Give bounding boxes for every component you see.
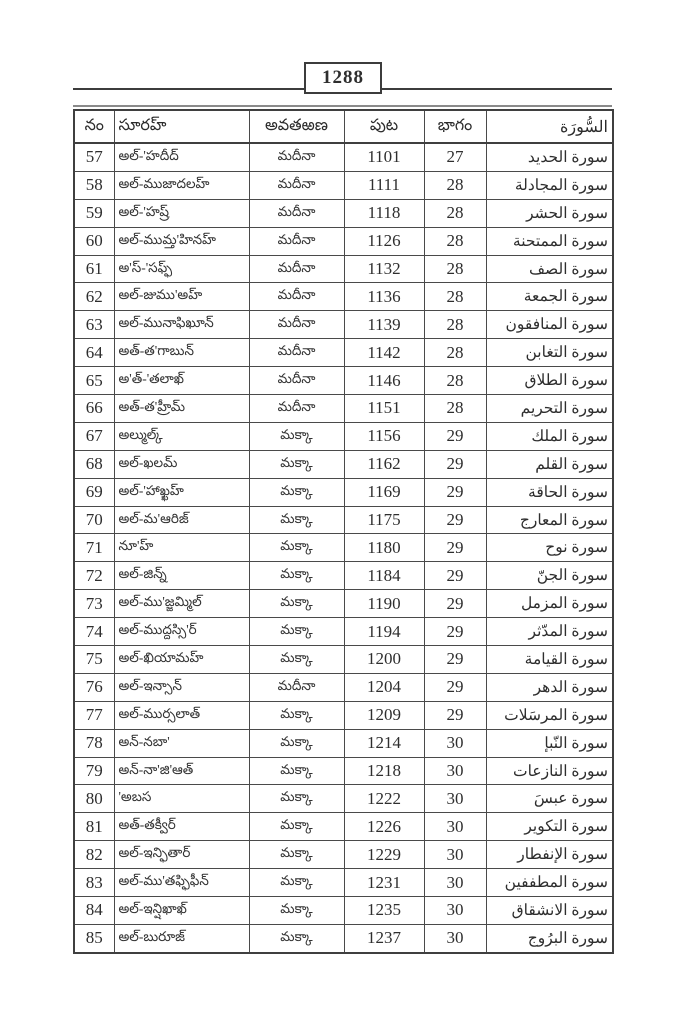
- cell-part: 28: [424, 227, 486, 255]
- cell-part: 28: [424, 367, 486, 395]
- cell-revelation: మక్కా: [249, 813, 344, 841]
- cell-surah-arabic: سورة الحشر: [486, 199, 613, 227]
- table-row: 79 అన్-నా'జి'ఆత్ మక్కా 1218 30 سورة النا…: [74, 757, 613, 785]
- cell-revelation: మదీనా: [249, 339, 344, 367]
- header-page: పుట: [344, 110, 424, 143]
- table-row: 59 అల్-'హష్ర్ మదీనా 1118 28 سورة الحشر: [74, 199, 613, 227]
- table-row: 63 అల్-మునాఫిఖూన్ మదీనా 1139 28 سورة الم…: [74, 311, 613, 339]
- cell-revelation: మక్కా: [249, 729, 344, 757]
- cell-number: 64: [74, 339, 114, 367]
- table-header: నం సూరహ్ అవతఱణ పుట భాగం السُّورَة: [74, 110, 613, 143]
- table-row: 72 అల్-జిన్న్ మక్కా 1184 29 سورة الجنّ: [74, 562, 613, 590]
- cell-surah-arabic: سورة الصف: [486, 255, 613, 283]
- table-row: 75 అల్-ఖియామహ్ మక్కా 1200 29 سورة القيام…: [74, 646, 613, 674]
- cell-number: 67: [74, 422, 114, 450]
- cell-part: 30: [424, 729, 486, 757]
- cell-surah-arabic: سورة الإنفطار: [486, 841, 613, 869]
- cell-page: 1190: [344, 590, 424, 618]
- cell-part: 30: [424, 924, 486, 952]
- cell-surah-arabic: سورة الجمعة: [486, 283, 613, 311]
- cell-surah-arabic: سورة الملك: [486, 422, 613, 450]
- cell-page: 1175: [344, 506, 424, 534]
- cell-page: 1231: [344, 869, 424, 897]
- cell-revelation: మదీనా: [249, 673, 344, 701]
- cell-part: 29: [424, 618, 486, 646]
- table-row: 57 అల్-'హదీద్ మదీనా 1101 27 سورة الحديد: [74, 143, 613, 171]
- cell-part: 30: [424, 813, 486, 841]
- cell-surah-telugu: అల్-'హష్ర్: [114, 199, 249, 227]
- cell-surah-arabic: سورة المزمل: [486, 590, 613, 618]
- cell-number: 65: [74, 367, 114, 395]
- cell-surah-telugu: అల్-'హదీద్: [114, 143, 249, 171]
- cell-surah-arabic: سورة الممتحنة: [486, 227, 613, 255]
- cell-number: 85: [74, 924, 114, 952]
- cell-surah-telugu: అల్-ఖలమ్: [114, 450, 249, 478]
- cell-surah-arabic: سورة النازعات: [486, 757, 613, 785]
- cell-part: 30: [424, 785, 486, 813]
- table-row: 73 అల్-ము'జ్జమ్మిల్ మక్కా 1190 29 سورة ا…: [74, 590, 613, 618]
- cell-number: 73: [74, 590, 114, 618]
- cell-surah-telugu: అన్-నబా': [114, 729, 249, 757]
- cell-number: 69: [74, 478, 114, 506]
- table-row: 67 అల్ముల్క్ మక్కా 1156 29 سورة الملك: [74, 422, 613, 450]
- cell-revelation: మక్కా: [249, 924, 344, 952]
- cell-number: 58: [74, 171, 114, 199]
- table-row: 83 అల్-ము'తఫ్ఫిఫీన్ మక్కా 1231 30 سورة ا…: [74, 869, 613, 897]
- header-number: నం: [74, 110, 114, 143]
- cell-surah-telugu: నూ'హ్: [114, 534, 249, 562]
- cell-surah-telugu: అల్-ముమ్త'హినహ్: [114, 227, 249, 255]
- table-row: 82 అల్-ఇన్ఫితార్ మక్కా 1229 30 سورة الإن…: [74, 841, 613, 869]
- cell-revelation: మక్కా: [249, 478, 344, 506]
- cell-surah-arabic: سورة نوح: [486, 534, 613, 562]
- cell-page: 1218: [344, 757, 424, 785]
- cell-page: 1237: [344, 924, 424, 952]
- cell-surah-telugu: అల్-ము'తఫ్ఫిఫీన్: [114, 869, 249, 897]
- table-row: 74 అల్-ముద్దస్సి'ర్ మక్కా 1194 29 سورة ا…: [74, 618, 613, 646]
- cell-surah-telugu: అ'స్-'సఫ్ఫ్: [114, 255, 249, 283]
- cell-surah-telugu: అత్-త'గాబున్: [114, 339, 249, 367]
- table-row: 71 నూ'హ్ మక్కా 1180 29 سورة نوح: [74, 534, 613, 562]
- cell-number: 84: [74, 897, 114, 925]
- cell-page: 1126: [344, 227, 424, 255]
- cell-part: 28: [424, 171, 486, 199]
- cell-surah-telugu: అల్-మునాఫిఖూన్: [114, 311, 249, 339]
- cell-revelation: మదీనా: [249, 367, 344, 395]
- cell-page: 1169: [344, 478, 424, 506]
- cell-part: 29: [424, 450, 486, 478]
- table-row: 69 అల్-'హాఖ్ఖహ్ మక్కా 1169 29 سورة الحاق…: [74, 478, 613, 506]
- cell-surah-telugu: అల్-జిన్న్: [114, 562, 249, 590]
- cell-page: 1101: [344, 143, 424, 171]
- cell-part: 30: [424, 897, 486, 925]
- table-row: 85 అల్-బురూజ్ మక్కా 1237 30 سورة البرُوج: [74, 924, 613, 952]
- cell-part: 30: [424, 757, 486, 785]
- cell-revelation: మదీనా: [249, 311, 344, 339]
- cell-part: 28: [424, 255, 486, 283]
- table-row: 58 అల్-ముజాదలహ్ మదీనా 1111 28 سورة المجا…: [74, 171, 613, 199]
- cell-surah-telugu: అన్-నా'జి'ఆత్: [114, 757, 249, 785]
- cell-page: 1151: [344, 395, 424, 423]
- cell-page: 1204: [344, 673, 424, 701]
- cell-number: 68: [74, 450, 114, 478]
- cell-number: 75: [74, 646, 114, 674]
- cell-part: 29: [424, 422, 486, 450]
- cell-surah-telugu: అల్-ముర్సలాత్: [114, 701, 249, 729]
- cell-revelation: మక్కా: [249, 450, 344, 478]
- cell-revelation: మక్కా: [249, 618, 344, 646]
- cell-revelation: మక్కా: [249, 534, 344, 562]
- cell-part: 29: [424, 646, 486, 674]
- page-number: 1288: [322, 67, 364, 89]
- cell-revelation: మక్కా: [249, 422, 344, 450]
- cell-number: 66: [74, 395, 114, 423]
- cell-surah-telugu: అత్-త'హ్రీమ్: [114, 395, 249, 423]
- cell-surah-telugu: అ'త్-'తలాఖ్: [114, 367, 249, 395]
- cell-number: 60: [74, 227, 114, 255]
- header-surah-telugu: సూరహ్: [114, 110, 249, 143]
- cell-revelation: మదీనా: [249, 255, 344, 283]
- cell-page: 1194: [344, 618, 424, 646]
- cell-revelation: మక్కా: [249, 562, 344, 590]
- cell-surah-arabic: سورة النّبإ: [486, 729, 613, 757]
- cell-surah-telugu: అల్-బురూజ్: [114, 924, 249, 952]
- cell-page: 1111: [344, 171, 424, 199]
- cell-revelation: మక్కా: [249, 646, 344, 674]
- cell-number: 59: [74, 199, 114, 227]
- table-row: 76 అల్-ఇన్సాన్ మదీనా 1204 29 سورة الدهر: [74, 673, 613, 701]
- cell-revelation: మదీనా: [249, 227, 344, 255]
- table-header-row: నం సూరహ్ అవతఱణ పుట భాగం السُّورَة: [74, 110, 613, 143]
- page-number-box: 1288: [304, 62, 382, 94]
- cell-part: 30: [424, 841, 486, 869]
- cell-surah-arabic: سورة التحريم: [486, 395, 613, 423]
- cell-surah-telugu: అల్-ఇన్షిఖాఖ్: [114, 897, 249, 925]
- cell-number: 70: [74, 506, 114, 534]
- cell-number: 78: [74, 729, 114, 757]
- cell-page: 1229: [344, 841, 424, 869]
- cell-number: 62: [74, 283, 114, 311]
- cell-page: 1226: [344, 813, 424, 841]
- cell-page: 1209: [344, 701, 424, 729]
- table-row: 81 అత్-తక్వీర్ మక్కా 1226 30 سورة التكوي…: [74, 813, 613, 841]
- cell-surah-arabic: سورة المنافقون: [486, 311, 613, 339]
- scanned-book-page: { "page": { "number": "1288" }, "table":…: [0, 0, 682, 1024]
- cell-surah-arabic: سورة البرُوج: [486, 924, 613, 952]
- cell-surah-arabic: سورة الطلاق: [486, 367, 613, 395]
- cell-page: 1235: [344, 897, 424, 925]
- table-row: 66 అత్-త'హ్రీమ్ మదీనా 1151 28 سورة التحر…: [74, 395, 613, 423]
- cell-surah-telugu: అల్-ముద్దస్సి'ర్: [114, 618, 249, 646]
- cell-surah-telugu: అత్-తక్వీర్: [114, 813, 249, 841]
- cell-surah-arabic: سورة المجادلة: [486, 171, 613, 199]
- cell-surah-telugu: అల్ముల్క్: [114, 422, 249, 450]
- cell-number: 81: [74, 813, 114, 841]
- cell-surah-arabic: سورة المدّثر: [486, 618, 613, 646]
- cell-number: 80: [74, 785, 114, 813]
- cell-revelation: మదీనా: [249, 283, 344, 311]
- cell-page: 1214: [344, 729, 424, 757]
- cell-number: 82: [74, 841, 114, 869]
- cell-part: 29: [424, 506, 486, 534]
- cell-part: 29: [424, 673, 486, 701]
- cell-surah-arabic: سورة الحديد: [486, 143, 613, 171]
- cell-part: 28: [424, 339, 486, 367]
- cell-page: 1142: [344, 339, 424, 367]
- cell-part: 29: [424, 701, 486, 729]
- cell-part: 27: [424, 143, 486, 171]
- cell-surah-arabic: سورة المرسَلات: [486, 701, 613, 729]
- cell-surah-arabic: سورة الانشقاق: [486, 897, 613, 925]
- cell-page: 1222: [344, 785, 424, 813]
- cell-surah-telugu: అల్-మ'ఆరిజ్: [114, 506, 249, 534]
- cell-page: 1184: [344, 562, 424, 590]
- cell-surah-arabic: سورة الحاقة: [486, 478, 613, 506]
- cell-page: 1200: [344, 646, 424, 674]
- cell-revelation: మక్కా: [249, 869, 344, 897]
- table-row: 84 అల్-ఇన్షిఖాఖ్ మక్కా 1235 30 سورة الان…: [74, 897, 613, 925]
- cell-part: 28: [424, 199, 486, 227]
- header-part: భాగం: [424, 110, 486, 143]
- cell-surah-arabic: سورة التغابن: [486, 339, 613, 367]
- table-top-double-line: [73, 105, 612, 107]
- cell-page: 1180: [344, 534, 424, 562]
- header-revelation: అవతఱణ: [249, 110, 344, 143]
- cell-page: 1139: [344, 311, 424, 339]
- table-row: 77 అల్-ముర్సలాత్ మక్కా 1209 29 سورة المر…: [74, 701, 613, 729]
- header-surah-arabic: السُّورَة: [486, 110, 613, 143]
- cell-surah-telugu: అల్-'హాఖ్ఖహ్: [114, 478, 249, 506]
- cell-surah-telugu: అల్-ఇన్ఫితార్: [114, 841, 249, 869]
- cell-page: 1162: [344, 450, 424, 478]
- cell-number: 72: [74, 562, 114, 590]
- cell-surah-arabic: سورة عبسَ: [486, 785, 613, 813]
- cell-revelation: మక్కా: [249, 785, 344, 813]
- cell-page: 1136: [344, 283, 424, 311]
- cell-revelation: మక్కా: [249, 897, 344, 925]
- cell-surah-telugu: అల్-ఖియామహ్: [114, 646, 249, 674]
- cell-revelation: మదీనా: [249, 199, 344, 227]
- cell-part: 29: [424, 478, 486, 506]
- table-body: 57 అల్-'హదీద్ మదీనా 1101 27 سورة الحديد …: [74, 143, 613, 953]
- cell-revelation: మదీనా: [249, 395, 344, 423]
- cell-number: 63: [74, 311, 114, 339]
- cell-page: 1156: [344, 422, 424, 450]
- table-row: 61 అ'స్-'సఫ్ఫ్ మదీనా 1132 28 سورة الصف: [74, 255, 613, 283]
- table-row: 70 అల్-మ'ఆరిజ్ మక్కా 1175 29 سورة المعار…: [74, 506, 613, 534]
- cell-part: 30: [424, 869, 486, 897]
- cell-surah-telugu: అల్-ముజాదలహ్: [114, 171, 249, 199]
- cell-part: 29: [424, 534, 486, 562]
- cell-surah-arabic: سورة المطففين: [486, 869, 613, 897]
- table-row: 64 అత్-త'గాబున్ మదీనా 1142 28 سورة التغا…: [74, 339, 613, 367]
- table-row: 68 అల్-ఖలమ్ మక్కా 1162 29 سورة القلم: [74, 450, 613, 478]
- cell-number: 76: [74, 673, 114, 701]
- cell-revelation: మక్కా: [249, 701, 344, 729]
- cell-number: 77: [74, 701, 114, 729]
- cell-part: 28: [424, 311, 486, 339]
- cell-surah-telugu: అల్-జుము'అహ్: [114, 283, 249, 311]
- table-row: 80 'అబస మక్కా 1222 30 سورة عبسَ: [74, 785, 613, 813]
- cell-number: 57: [74, 143, 114, 171]
- cell-number: 79: [74, 757, 114, 785]
- cell-revelation: మదీనా: [249, 171, 344, 199]
- cell-part: 29: [424, 562, 486, 590]
- cell-surah-arabic: سورة القيامة: [486, 646, 613, 674]
- cell-surah-arabic: سورة القلم: [486, 450, 613, 478]
- table-row: 60 అల్-ముమ్త'హినహ్ మదీనా 1126 28 سورة ال…: [74, 227, 613, 255]
- cell-surah-telugu: అల్-ఇన్సాన్: [114, 673, 249, 701]
- surah-index-table: నం సూరహ్ అవతఱణ పుట భాగం السُّورَة 57 అల్…: [73, 109, 614, 954]
- table-row: 62 అల్-జుము'అహ్ మదీనా 1136 28 سورة الجمع…: [74, 283, 613, 311]
- cell-part: 28: [424, 283, 486, 311]
- cell-page: 1132: [344, 255, 424, 283]
- cell-part: 29: [424, 590, 486, 618]
- cell-revelation: మదీనా: [249, 143, 344, 171]
- cell-page: 1146: [344, 367, 424, 395]
- cell-surah-arabic: سورة المعارج: [486, 506, 613, 534]
- cell-surah-telugu: 'అబస: [114, 785, 249, 813]
- cell-number: 71: [74, 534, 114, 562]
- table-row: 78 అన్-నబా' మక్కా 1214 30 سورة النّبإ: [74, 729, 613, 757]
- cell-page: 1118: [344, 199, 424, 227]
- cell-revelation: మక్కా: [249, 841, 344, 869]
- cell-number: 61: [74, 255, 114, 283]
- cell-revelation: మక్కా: [249, 757, 344, 785]
- cell-number: 83: [74, 869, 114, 897]
- table-row: 65 అ'త్-'తలాఖ్ మదీనా 1146 28 سورة الطلاق: [74, 367, 613, 395]
- cell-surah-arabic: سورة الجنّ: [486, 562, 613, 590]
- cell-surah-arabic: سورة التكوير: [486, 813, 613, 841]
- cell-part: 28: [424, 395, 486, 423]
- cell-revelation: మక్కా: [249, 590, 344, 618]
- cell-surah-telugu: అల్-ము'జ్జమ్మిల్: [114, 590, 249, 618]
- cell-number: 74: [74, 618, 114, 646]
- cell-surah-arabic: سورة الدهر: [486, 673, 613, 701]
- cell-revelation: మక్కా: [249, 506, 344, 534]
